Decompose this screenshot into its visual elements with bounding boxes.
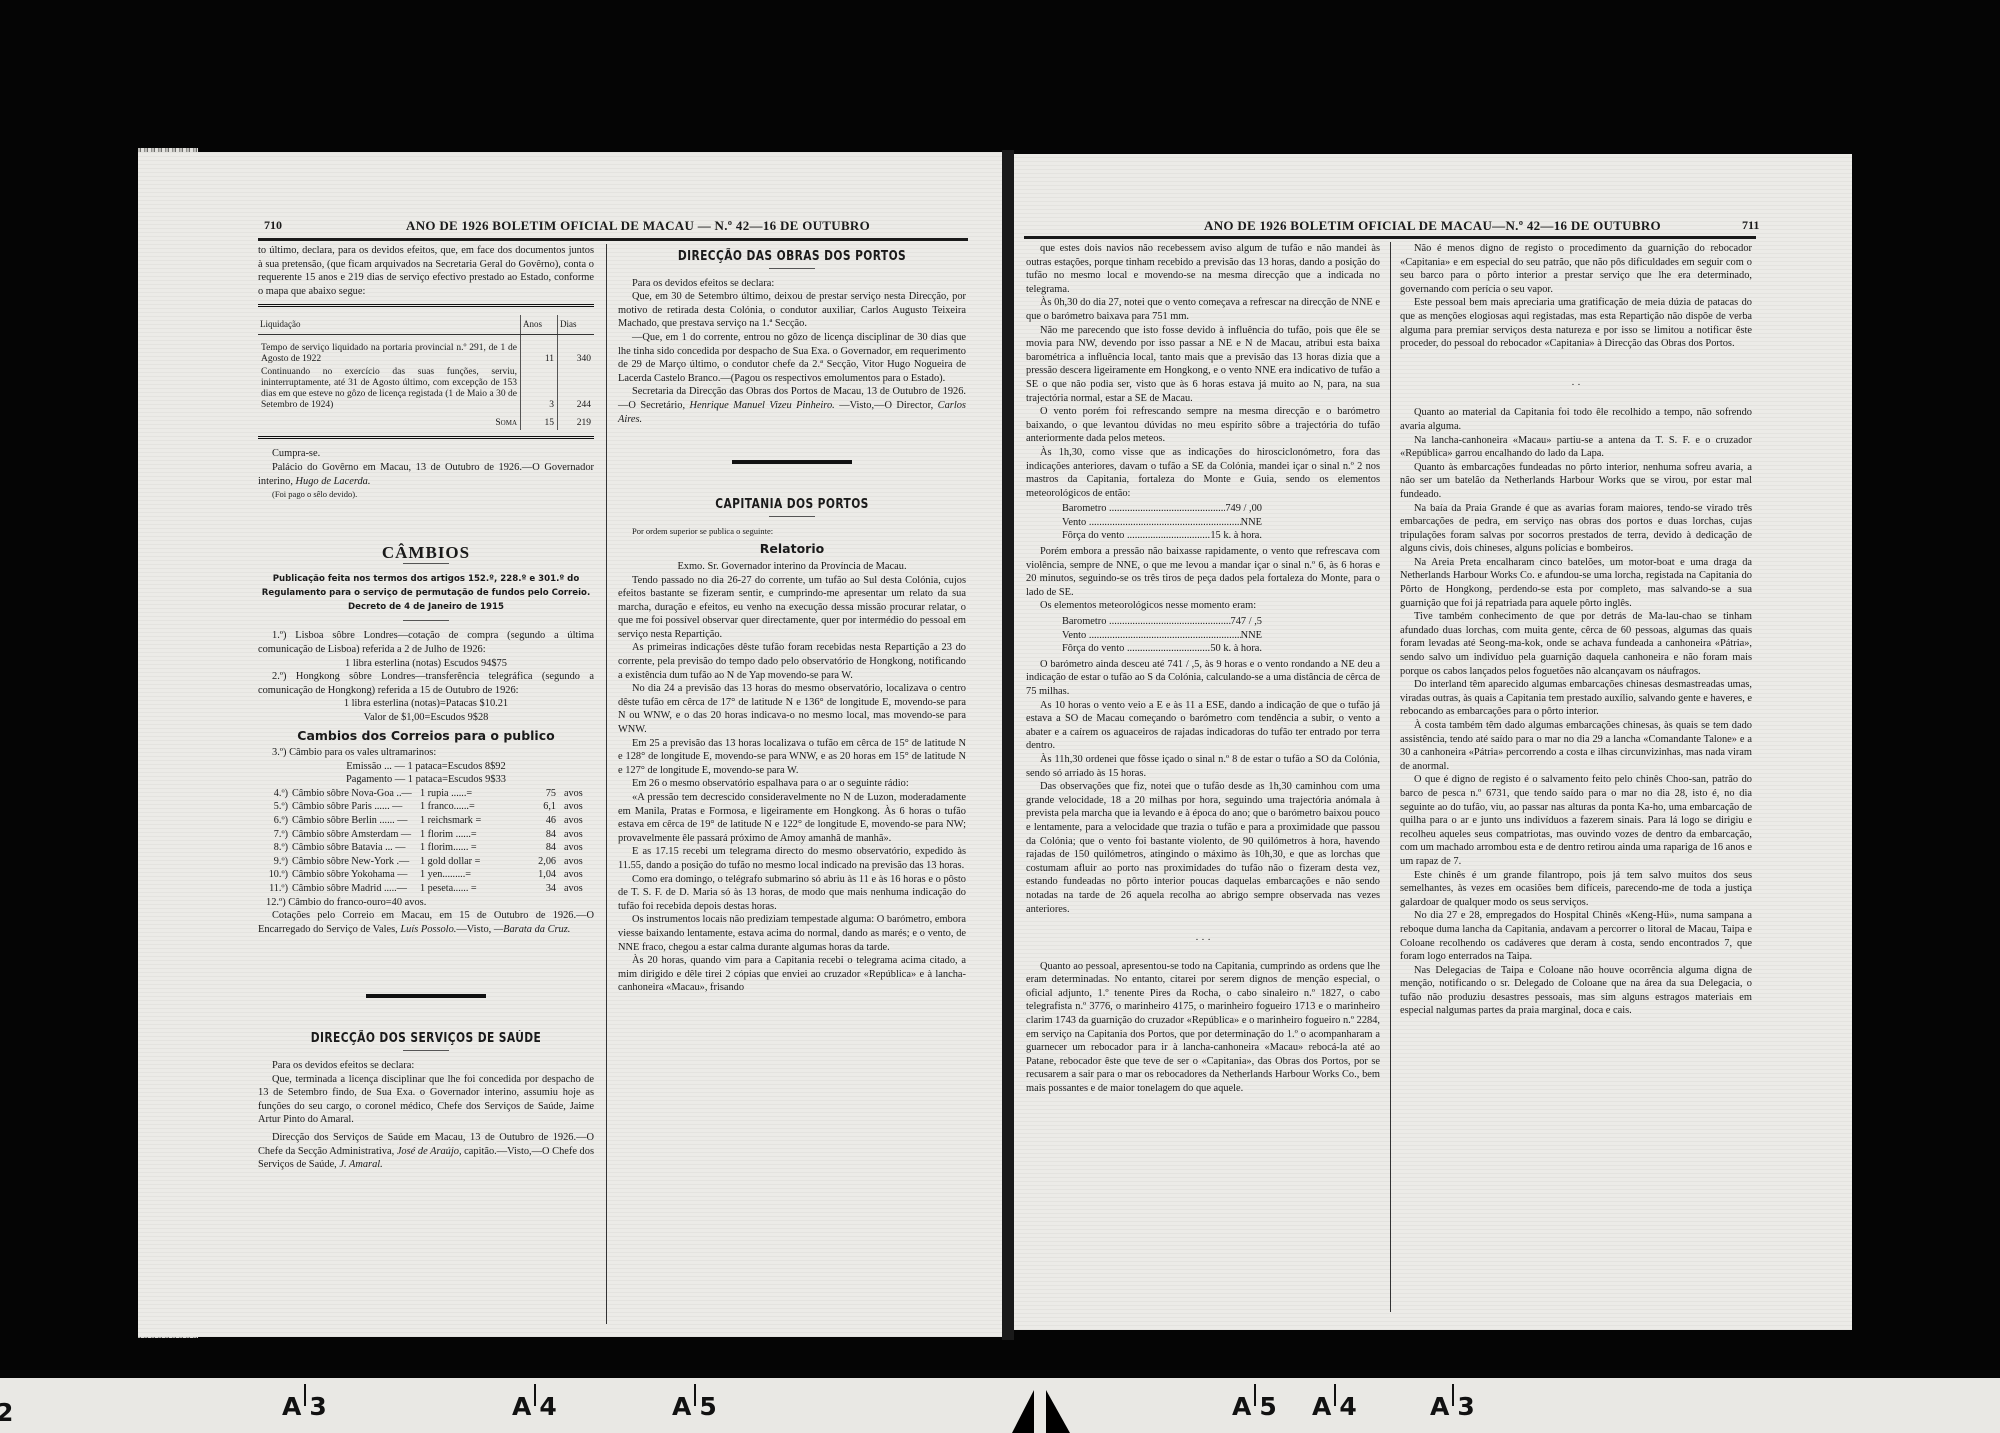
- rate-cell: Câmbio sôbre Paris ...... —: [292, 800, 420, 814]
- alignment-triangle-icon: [1012, 1390, 1034, 1433]
- cambios-item: 12.º) Câmbio do franco-ouro=40 avos.: [258, 896, 594, 910]
- exchange-rate-row: 10.º)Câmbio sôbre Yokohama —1 yen.......…: [258, 868, 594, 882]
- report-paragraph: Na baía da Praia Grande é que as avarias…: [1400, 502, 1752, 556]
- rate-cell: 9.º): [258, 855, 292, 869]
- rate-cell: 4.º): [258, 787, 292, 801]
- rate-cell: 84: [516, 841, 564, 855]
- report-paragraph: Às 11h,30 ordenei que fôsse içado o sina…: [1026, 753, 1380, 780]
- rate-cell: avos: [564, 787, 583, 801]
- rate-cell: 1 reichsmark =: [420, 814, 516, 828]
- report-continuation: O barómetro ainda desceu até 741 / ,5, à…: [1026, 658, 1380, 916]
- exchange-rate-row: 8.º)Câmbio sôbre Batavia ... —1 florim..…: [258, 841, 594, 855]
- report-paragraph: Não me parecendo que isto fosse devido à…: [1026, 324, 1380, 406]
- report-paragraph: Tendo passado no dia 26-27 do corrente, …: [618, 574, 966, 642]
- meteo-value: 749 / ,00: [1225, 502, 1262, 516]
- rate-cell: 11.º): [258, 882, 292, 896]
- rate-cell: avos: [564, 841, 583, 855]
- film-marker: A3: [282, 1392, 327, 1421]
- report-paragraph: No dia 27 e 28, empregados do Hospital C…: [1400, 909, 1752, 963]
- meteo-row: Fôrça do vento15 k. à hora.: [1062, 529, 1262, 543]
- meteo-label: Vento: [1062, 629, 1241, 643]
- signature: Hugo de Lacerda.: [296, 476, 371, 487]
- report-paragraph: Na lancha-canhoneira «Macau» partiu-se a…: [1400, 434, 1752, 461]
- cambios-closing: Cotações pelo Correio em Macau, em 15 de…: [258, 909, 594, 936]
- report-continuation: Não é menos digno de registo o procedime…: [1400, 242, 1752, 351]
- report-continuation: Quanto ao material da Capitania foi todo…: [1400, 406, 1752, 1018]
- rate-cell: 1 florim...... =: [420, 841, 516, 855]
- report-continuation: Porém embora a pressão não baixasse rapi…: [1026, 545, 1380, 613]
- table-header: Anos: [521, 315, 558, 335]
- exchange-rate-row: 5.º)Câmbio sôbre Paris ...... —1 franco.…: [258, 800, 594, 814]
- report-paragraph: Na Areia Preta encalharam cinco batelões…: [1400, 556, 1752, 610]
- right-column-1: que estes dois navios não recebessem avi…: [1026, 242, 1380, 1096]
- column-divider: [1390, 242, 1391, 1312]
- report-paragraph: Porém embora a pressão não baixasse rapi…: [1026, 545, 1380, 599]
- meteo-label: Barometro: [1062, 502, 1225, 516]
- obras-paragraph: —Que, em 1 do corrente, entrou no gôzo d…: [618, 331, 966, 385]
- report-paragraph: Como era domingo, o telégrafo submarino …: [618, 873, 966, 914]
- capitania-note: Por ordem superior se publica o seguinte…: [618, 525, 966, 539]
- rate-cell: 84: [516, 828, 564, 842]
- rate-cell: 34: [516, 882, 564, 896]
- signature: José de Araújo,: [397, 1146, 462, 1157]
- cambios-value: 1 libra esterlina (notas) Escudos 94$75: [258, 657, 594, 671]
- cambios-item: 3.º) Câmbio para os vales ultramarinos:: [258, 746, 594, 760]
- report-paragraph: «A pressão tem decrescido consideravelme…: [618, 791, 966, 845]
- palacio-paragraph: Palácio do Govêrno em Macau, 13 de Outub…: [258, 461, 594, 488]
- paragraph-separator: · · ·: [1026, 934, 1380, 948]
- right-column-2: Não é menos digno de registo o procedime…: [1400, 242, 1752, 1018]
- divider: [769, 516, 815, 517]
- report-paragraph: Em 25 a previsão das 13 horas localizava…: [618, 737, 966, 778]
- running-header: ANO DE 1926 BOLETIM OFICIAL DE MACAU — N…: [406, 218, 870, 234]
- rate-cell: avos: [564, 868, 583, 882]
- cambios-value: 1 libra esterlina (notas)=Patacas $10.21: [258, 697, 594, 711]
- meteo-value: 15 k. à hora.: [1210, 529, 1262, 543]
- table-row-total: Soma 15 219: [258, 412, 594, 430]
- rate-cell: Câmbio sôbre Yokohama —: [292, 868, 420, 882]
- alignment-triangle-icon: [1046, 1390, 1070, 1433]
- report-paragraph: Este pessoal bem mais apreciaria uma gra…: [1400, 296, 1752, 350]
- report-paragraph: Quanto ao pessoal, apresentou-se todo na…: [1026, 960, 1380, 1096]
- divider: [403, 620, 449, 621]
- report-paragraph: Não é menos digno de registo o procedime…: [1400, 242, 1752, 296]
- rate-cell: 6.º): [258, 814, 292, 828]
- divider: [403, 563, 449, 564]
- report-paragraph: Do interland têm aparecido algumas embar…: [1400, 678, 1752, 719]
- page-number: 711: [1742, 218, 1759, 233]
- cambios-intro: Publicação feita nos termos dos artigos …: [258, 572, 594, 614]
- report-salutation: Exmo. Sr. Governador interino da Provínc…: [618, 560, 966, 574]
- rate-cell: 1 florim ......=: [420, 828, 516, 842]
- film-marker: A4: [512, 1392, 557, 1421]
- rate-cell: Câmbio sôbre Berlin ...... —: [292, 814, 420, 828]
- report-continuation: que estes dois navios não recebessem avi…: [1026, 242, 1380, 500]
- meteo-label: Fôrça do vento: [1062, 529, 1210, 543]
- rate-cell: avos: [564, 882, 583, 896]
- cambios-item: 2.º) Hongkong sôbre Londres—transferênci…: [258, 670, 594, 697]
- page-gutter: [1002, 150, 1014, 1340]
- rate-cell: 6,1: [516, 800, 564, 814]
- divider: [403, 1050, 449, 1051]
- table-header: Liquidação: [258, 315, 521, 335]
- report-paragraph: Este chinês é um grande filantropo, pois…: [1400, 869, 1752, 910]
- rate-cell: 1,04: [516, 868, 564, 882]
- rate-cell: 2,06: [516, 855, 564, 869]
- page-number: 710: [264, 218, 282, 233]
- report-paragraph: No dia 24 a previsão das 13 horas do mes…: [618, 682, 966, 736]
- exchange-rate-row: 9.º)Câmbio sôbre New-York .—1 gold dolla…: [258, 855, 594, 869]
- rate-cell: 10.º): [258, 868, 292, 882]
- rate-cell: 5.º): [258, 800, 292, 814]
- paragraph-separator: · ·: [1400, 379, 1752, 393]
- report-paragraph: que estes dois navios não recebessem avi…: [1026, 242, 1380, 296]
- obras-closing: Secretaria da Direcção das Obras dos Por…: [618, 385, 966, 426]
- signature: Luís Possolo.: [400, 924, 456, 935]
- table-row: Tempo de serviço liquidado na portaria p…: [258, 335, 594, 367]
- cambios-item: 1.º) Lisboa sôbre Londres—cotação de com…: [258, 629, 594, 656]
- saude-closing: Direcção dos Serviços de Saúde em Macau,…: [258, 1131, 594, 1172]
- report-paragraph: Quanto ao material da Capitania foi todo…: [1400, 406, 1752, 433]
- table-header: Dias: [558, 315, 595, 335]
- section-title-capitania: CAPITANIA DOS PORTOS: [649, 498, 934, 512]
- exchange-rate-row: 4.º)Câmbio sôbre Nova-Goa ..—1 rupia ...…: [258, 787, 594, 801]
- rate-cell: 8.º): [258, 841, 292, 855]
- rate-cell: 1 franco......=: [420, 800, 516, 814]
- rate-cell: avos: [564, 814, 583, 828]
- rate-cell: 75: [516, 787, 564, 801]
- signature: J. Amaral.: [339, 1159, 382, 1170]
- exchange-rate-row: 6.º)Câmbio sôbre Berlin ...... —1 reichs…: [258, 814, 594, 828]
- header-rule: [1024, 236, 1756, 239]
- report-paragraph: Das observações que fiz, notei que o tuf…: [1026, 780, 1380, 916]
- report-paragraph: O barómetro ainda desceu até 741 / ,5, à…: [1026, 658, 1380, 699]
- meteorological-readings: Barometro749 / ,00VentoNNEFôrça do vento…: [1062, 502, 1380, 543]
- report-paragraph: Os instrumentos locais não prediziam tem…: [618, 913, 966, 954]
- rate-cell: avos: [564, 855, 583, 869]
- right-page: ANO DE 1926 BOLETIM OFICIAL DE MACAU—N.º…: [1014, 154, 1852, 1330]
- rate-cell: Câmbio sôbre Nova-Goa ..—: [292, 787, 420, 801]
- section-title-cambios: CÂMBIOS: [258, 546, 594, 560]
- obras-paragraph: Que, em 30 de Setembro último, deixou de…: [618, 290, 966, 331]
- rate-cell: 46: [516, 814, 564, 828]
- report-paragraph: E as 17.15 recebi um telegrama directo d…: [618, 845, 966, 872]
- liquidation-table: Liquidação Anos Dias Tempo de serviço li…: [258, 315, 594, 430]
- meteo-row: VentoNNE: [1062, 516, 1262, 530]
- saude-paragraph: Que, terminada a licença disciplinar que…: [258, 1073, 594, 1127]
- rate-cell: 7.º): [258, 828, 292, 842]
- cambios-value: Emissão ... — 1 pataca=Escudos 8$92: [258, 760, 594, 774]
- section-divider: [732, 460, 852, 464]
- report-paragraph: Às 0h,30 do dia 27, notei que o vento co…: [1026, 296, 1380, 323]
- rate-cell: Câmbio sôbre Amsterdam —: [292, 828, 420, 842]
- section-divider: [366, 994, 486, 998]
- meteo-row: Barometro749 / ,00: [1062, 502, 1262, 516]
- meteo-value: NNE: [1241, 516, 1262, 530]
- rate-cell: 1 rupia ......=: [420, 787, 516, 801]
- report-paragraph: As primeiras indicações dêste tufão fora…: [618, 641, 966, 682]
- meteorological-readings: Barometro747 / ,5VentoNNEFôrça do vento5…: [1062, 615, 1380, 656]
- report-paragraph: Tive também conhecimento de que por detr…: [1400, 610, 1752, 678]
- film-marker: A5: [672, 1392, 717, 1421]
- rate-cell: Câmbio sôbre New-York .—: [292, 855, 420, 869]
- left-page: 710 ANO DE 1926 BOLETIM OFICIAL DE MACAU…: [138, 152, 1002, 1337]
- report-paragraph: Os elementos meteorológicos nesse moment…: [1026, 599, 1380, 613]
- obras-intro: Para os devidos efeitos se declara:: [618, 277, 966, 291]
- meteo-label: Fôrça do vento: [1062, 642, 1210, 656]
- rate-cell: avos: [564, 828, 583, 842]
- report-title: Relatorio: [618, 542, 966, 556]
- signature: Henrique Manuel Vizeu Pinheiro.: [690, 400, 835, 411]
- meteo-value: 50 k. à hora.: [1210, 642, 1262, 656]
- table-top-rule: [258, 304, 594, 307]
- film-marker: A3: [1430, 1392, 1475, 1421]
- report-paragraph: Às 20 horas, quando vim para a Capitania…: [618, 954, 966, 995]
- report-paragraph: Nas Delegacias de Taipa e Coloane não ho…: [1400, 964, 1752, 1018]
- film-marker: A4: [1312, 1392, 1357, 1421]
- meteo-label: Vento: [1062, 516, 1241, 530]
- column-divider: [606, 244, 607, 1324]
- rate-cell: avos: [564, 800, 583, 814]
- meteo-row: Fôrça do vento50 k. à hora.: [1062, 642, 1262, 656]
- left-column-1: to último, declara, para os devidos efei…: [258, 244, 594, 1172]
- section-title-saude: DIRECÇÃO DOS SERVIÇOS DE SAÚDE: [288, 1032, 564, 1046]
- report-paragraph: As 10 horas o vento veio a E e às 11 a E…: [1026, 699, 1380, 753]
- meteo-row: VentoNNE: [1062, 629, 1262, 643]
- section-title-obras: DIRECÇÃO DAS OBRAS DOS PORTOS: [649, 250, 934, 264]
- rate-cell: 1 gold dollar =: [420, 855, 516, 869]
- section-subtitle-correios: Cambios dos Correios para o publico: [258, 729, 594, 743]
- meteo-label: Barometro: [1062, 615, 1231, 629]
- report-paragraph: O vento porém foi refrescando sempre na …: [1026, 405, 1380, 446]
- opening-paragraph: to último, declara, para os devidos efei…: [258, 244, 594, 298]
- rate-cell: 1 peseta...... =: [420, 882, 516, 896]
- report-paragraph: À costa também têm dado algumas embarcaç…: [1400, 719, 1752, 773]
- fees-note: (Foi pago o sêlo devido).: [258, 488, 594, 502]
- report-body: Tendo passado no dia 26-27 do corrente, …: [618, 574, 966, 995]
- divider: [769, 268, 815, 269]
- rate-cell: Câmbio sôbre Madrid .....—: [292, 882, 420, 896]
- meteo-row: Barometro747 / ,5: [1062, 615, 1262, 629]
- report-paragraph: Às 1h,30, como visse que as indicações d…: [1026, 446, 1380, 500]
- meteo-value: NNE: [1241, 629, 1262, 643]
- exchange-rates-list: 4.º)Câmbio sôbre Nova-Goa ..—1 rupia ...…: [258, 787, 594, 896]
- cambios-value: Valor de $1,00=Escudos 9$28: [258, 711, 594, 725]
- header-rule: [258, 238, 968, 241]
- cumpra-se: Cumpra-se.: [258, 447, 594, 461]
- cambios-value: Pagamento — 1 pataca=Escudos 9$33: [258, 773, 594, 787]
- exchange-rate-row: 11.º)Câmbio sôbre Madrid .....—1 peseta.…: [258, 882, 594, 896]
- running-header: ANO DE 1926 BOLETIM OFICIAL DE MACAU—N.º…: [1204, 218, 1661, 234]
- saude-intro: Para os devidos efeitos se declara:: [258, 1059, 594, 1073]
- rate-cell: Câmbio sôbre Batavia ... —: [292, 841, 420, 855]
- report-paragraph: Em 26 o mesmo observatório espalhava par…: [618, 777, 966, 791]
- film-marker: 2: [0, 1398, 13, 1427]
- film-marker: A5: [1232, 1392, 1277, 1421]
- report-paragraph: O que é digno de registo é o salvamento …: [1400, 773, 1752, 868]
- rate-cell: 1 yen.........=: [420, 868, 516, 882]
- report-paragraph: Quanto às embarcações fundeadas no pôrto…: [1400, 461, 1752, 502]
- signature: —Barata da Cruz.: [494, 924, 571, 935]
- table-bottom-rule: [258, 436, 594, 439]
- exchange-rate-row: 7.º)Câmbio sôbre Amsterdam —1 florim ...…: [258, 828, 594, 842]
- meteo-value: 747 / ,5: [1231, 615, 1262, 629]
- left-column-2: DIRECÇÃO DAS OBRAS DOS PORTOS Para os de…: [618, 244, 966, 995]
- table-row: Continuando no exercício das suas funçõe…: [258, 366, 594, 412]
